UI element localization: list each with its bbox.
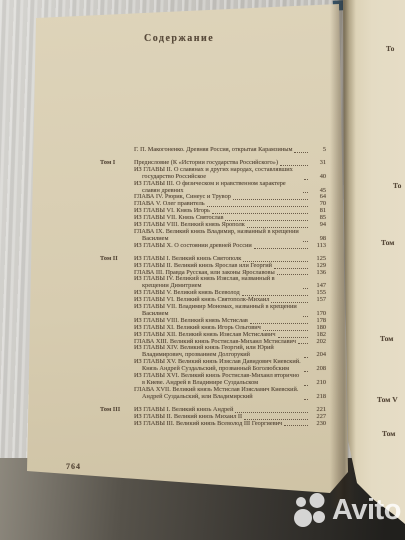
entry-page-number: 113 bbox=[310, 243, 326, 250]
table-of-contents: Г. П. Макогоненко. Древняя Россия, откры… bbox=[100, 147, 326, 433]
dot-leader bbox=[207, 206, 308, 207]
toc-entry: ИЗ ГЛАВЫ III. О физическом и нравственно… bbox=[134, 181, 326, 195]
dot-leader bbox=[284, 425, 308, 426]
volume-label: Том I bbox=[100, 160, 134, 250]
dot-leader bbox=[294, 152, 308, 153]
volume-label bbox=[100, 147, 134, 154]
toc-volume-group: Г. П. Макогоненко. Древняя Россия, откры… bbox=[100, 147, 326, 154]
entry-title: ГЛАВА XVII. Великий князь Мстислав Изясл… bbox=[134, 387, 302, 401]
toc-entry: ГЛАВА XVII. Великий князь Мстислав Изясл… bbox=[134, 387, 326, 401]
toc-entry: Г. П. Макогоненко. Древняя Россия, откры… bbox=[134, 147, 326, 154]
right-page-volume-fragment: То bbox=[393, 181, 401, 190]
volume-label: Том III bbox=[100, 407, 134, 428]
toc-entry: ИЗ ГЛАВЫ X. О состоянии древней России 1… bbox=[134, 243, 326, 250]
right-page-volume-fragment: Том bbox=[381, 238, 394, 247]
entry-title: ИЗ ГЛАВЫ VII. Владимир Мономах, названны… bbox=[134, 304, 301, 318]
dot-leader bbox=[254, 248, 308, 249]
contents-heading: Содержание bbox=[144, 33, 214, 44]
dot-leader bbox=[303, 288, 308, 289]
dot-leader bbox=[303, 192, 308, 193]
avito-logo-icon bbox=[293, 493, 329, 527]
entry-page-number: 204 bbox=[310, 352, 326, 359]
toc-entry: ИЗ ГЛАВЫ III. Великий князь Всеволод III… bbox=[134, 421, 326, 428]
entry-title: ИЗ ГЛАВЫ III. Великий князь Всеволод III… bbox=[134, 421, 282, 428]
dot-leader bbox=[304, 179, 308, 180]
entry-page-number: 218 bbox=[310, 394, 326, 401]
entry-title: ИЗ ГЛАВЫ X. О состоянии древней России bbox=[134, 243, 252, 250]
entry-page-number: 157 bbox=[310, 297, 326, 304]
toc-entry: ИЗ ГЛАВЫ XVI. Великий князь Ростислав-Ми… bbox=[134, 373, 326, 387]
volume-label: Том II bbox=[100, 256, 134, 401]
toc-volume-group: Том III ИЗ ГЛАВЫ I. Великий князь Андрей… bbox=[100, 407, 326, 428]
dot-leader bbox=[303, 241, 308, 242]
dot-leader bbox=[304, 385, 308, 386]
entry-title: ИЗ ГЛАВЫ III. О физическом и нравственно… bbox=[134, 181, 301, 195]
dot-leader bbox=[235, 412, 308, 413]
book-photo: Содержание Г. П. Макогоненко. Древняя Ро… bbox=[0, 0, 405, 540]
right-page-volume-fragment: Том V bbox=[377, 395, 398, 404]
entry-title: Г. П. Макогоненко. Древняя Россия, откры… bbox=[134, 147, 292, 154]
right-page-volume-fragment: Том bbox=[380, 334, 393, 343]
dot-leader bbox=[274, 268, 308, 269]
dot-leader bbox=[304, 371, 308, 372]
avito-wordmark: Avito bbox=[332, 492, 401, 528]
entry-page-number: 5 bbox=[310, 147, 326, 154]
entry-page-number: 208 bbox=[310, 366, 326, 373]
dot-leader bbox=[298, 343, 308, 344]
right-page-volume-fragment: Том bbox=[382, 429, 395, 438]
toc-entries: ИЗ ГЛАВЫ I. Великий князь Святополк 125 … bbox=[134, 256, 326, 401]
entry-page-number: 202 bbox=[310, 339, 326, 346]
avito-watermark: Avito bbox=[293, 492, 401, 528]
entry-page-number: 230 bbox=[310, 421, 326, 428]
entry-page-number: 31 bbox=[310, 160, 326, 167]
dot-leader bbox=[233, 199, 308, 200]
right-page-volume-fragment: То bbox=[386, 44, 394, 53]
toc-volume-group: Том I Предисловие (К «Истории государств… bbox=[100, 160, 326, 250]
toc-entry: ИЗ ГЛАВЫ II. О славянах и других народах… bbox=[134, 167, 326, 181]
entry-title: ГЛАВА IX. Великий князь Владимир, назван… bbox=[134, 229, 301, 243]
entry-page-number: 136 bbox=[310, 270, 326, 277]
dot-leader bbox=[304, 357, 308, 358]
toc-entries: Предисловие (К «Истории государства Росс… bbox=[134, 160, 326, 250]
dot-leader bbox=[277, 274, 308, 275]
toc-entries: Г. П. Макогоненко. Древняя Россия, откры… bbox=[134, 147, 326, 154]
entry-page-number: 40 bbox=[310, 174, 326, 181]
dot-leader bbox=[303, 316, 308, 317]
entry-title: ИЗ ГЛАВЫ XVI. Великий князь Ростислав-Ми… bbox=[134, 373, 302, 387]
toc-volume-group: Том II ИЗ ГЛАВЫ I. Великий князь Святопо… bbox=[100, 256, 326, 401]
entry-page-number: 94 bbox=[310, 222, 326, 229]
dot-leader bbox=[304, 399, 308, 400]
dot-leader bbox=[212, 213, 308, 214]
entry-title: ИЗ ГЛАВЫ II. О славянах и других народах… bbox=[134, 167, 302, 181]
entry-page-number: 210 bbox=[310, 380, 326, 387]
page-folio-number: 764 bbox=[66, 462, 81, 471]
toc-entries: ИЗ ГЛАВЫ I. Великий князь Андрей 221 ИЗ … bbox=[134, 407, 326, 428]
toc-entry: ИЗ ГЛАВЫ VII. Владимир Мономах, названны… bbox=[134, 304, 326, 318]
toc-entry: ГЛАВА IX. Великий князь Владимир, назван… bbox=[134, 229, 326, 243]
